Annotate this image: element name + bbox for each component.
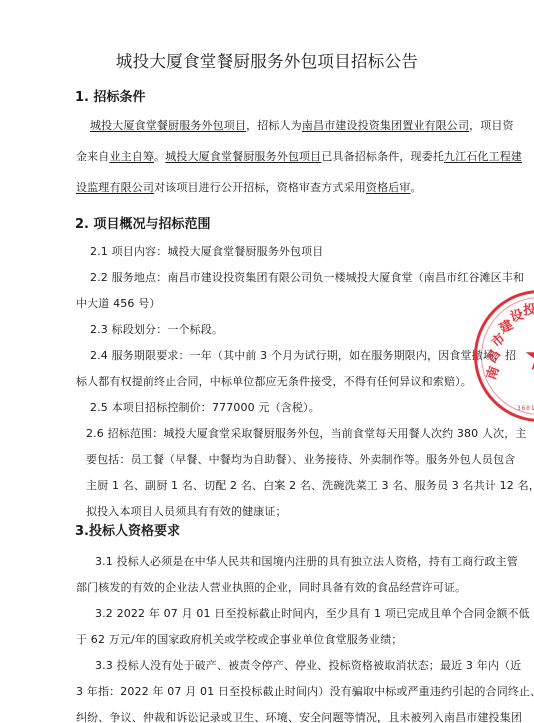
- project-name-link: 城投大厦食堂餐厨服务外包项目: [90, 119, 246, 132]
- text: 已具备招标条件，现委托: [321, 150, 444, 163]
- seal-star-icon: ★: [523, 337, 534, 377]
- document-title: 城投大厦食堂餐厨服务外包项目招标公告: [0, 48, 534, 72]
- item-2-6-cont-2: 主厨 1 名、副厨 1 名、切配 2 名、白案 2 名、洗碗洗菜工 3 名、服务…: [86, 477, 534, 493]
- item-3-2-cont: 于 62 万元/年的国家政府机关或学校或企事业单位食堂服务业绩；: [76, 631, 403, 647]
- item-3-3: 3.3 投标人没有处于破产、被责令停产、停业、投标资格被取消状态；最近 3 年内…: [95, 657, 521, 673]
- seal-number: 3601: [517, 405, 534, 412]
- text: 对该项目进行公开招标，资格审查方式采用: [154, 181, 366, 194]
- item-3-1: 3.1 投标人必须是在中华人民共和国境内注册的具有独立法人资格，持有工商行政主管: [95, 553, 518, 569]
- item-2-6-cont-1: 要包括：员工餐（早餐、中餐均为自助餐）、业务接待、外卖制作等。服务外包人员包含: [86, 451, 515, 467]
- section1-line-3: 设监理有限公司对该项目进行公开招标，资格审查方式采用资格后审。: [76, 179, 422, 195]
- section1-line-1: 城投大厦食堂餐厨服务外包项目，招标人为南昌市建设投资集团置业有限公司，项目资: [90, 117, 514, 133]
- agent-name: 九江石化工程建: [444, 150, 522, 163]
- item-2-1: 2.1 项目内容：城投大厦食堂餐厨服务外包项目: [90, 243, 323, 259]
- document-page: 城投大厦食堂餐厨服务外包项目招标公告 1. 招标条件 城投大厦食堂餐厨服务外包项…: [0, 0, 534, 723]
- section-heading-1: 1. 招标条件: [75, 86, 146, 105]
- text: 。: [154, 150, 165, 163]
- tenderer-name: 南昌市建设投资集团置业有限公司: [302, 119, 469, 132]
- item-3-1-cont: 部门核发的有效的企业法人营业执照的企业，同时具备有效的食品经营许可证。: [76, 579, 466, 595]
- text: 。: [411, 181, 422, 194]
- company-seal-stamp: 南 昌 市 建 设 投 资 ★ 3601: [474, 290, 534, 422]
- text: ，招标人为: [246, 119, 302, 132]
- text: ，项目资: [469, 119, 514, 132]
- agent-name-cont: 设监理有限公司: [76, 181, 154, 194]
- text: 金来自: [76, 150, 109, 163]
- item-3-2: 3.2 2022 年 07 月 01 日至投标截止时间内，至少具有 1 项已完成…: [95, 605, 530, 621]
- item-2-2-cont: 中大道 456 号）: [76, 295, 161, 311]
- item-2-6: 2.6 招标范围：城投大厦食堂采取餐厨服务外包，当前食堂每天用餐人次约 380 …: [86, 425, 527, 441]
- section1-line-2: 金来自业主自筹。城投大厦食堂餐厨服务外包项目已具备招标条件，现委托九江石化工程建: [76, 148, 522, 164]
- section-heading-2: 2. 项目概况与招标范围: [75, 213, 211, 232]
- seal-char: 投: [522, 298, 534, 318]
- item-2-2: 2.2 服务地点：南昌市建设投资集团有限公司负一楼城投大厦食堂（南昌市红谷滩区丰…: [90, 269, 524, 285]
- item-2-6-cont-3: 拟投入本项目人员须具有有效的健康证；: [86, 503, 287, 519]
- item-2-4: 2.4 服务期限要求：一年（其中前 3 个月为试行期，如在服务期限内，因食堂撤场…: [90, 347, 516, 363]
- item-2-3: 2.3 标段划分：一个标段。: [90, 321, 223, 337]
- project-name-2: 城投大厦食堂餐厨服务外包项目: [165, 150, 321, 163]
- item-3-3-cont-2: 纠纷、争议、仲裁和诉讼记录或卫生、环境、安全问题等情况，且未被列入南昌市建投集团: [76, 709, 522, 723]
- funding-source: 业主自筹: [109, 150, 154, 163]
- item-2-4-cont: 标人都有权提前终止合同，中标单位都应无条件接受，不得有任何异议和索赔）。: [76, 373, 472, 389]
- section-heading-3: 3.投标人资格要求: [75, 520, 180, 539]
- item-2-5: 2.5 本项目招标控制价：777000 元（含税）。: [90, 399, 320, 415]
- review-method: 资格后审: [366, 181, 411, 194]
- item-3-3-cont-1: 3 年指：2022 年 07 月 01 日至投标截止时间内）没有骗取中标或严重违…: [76, 683, 534, 699]
